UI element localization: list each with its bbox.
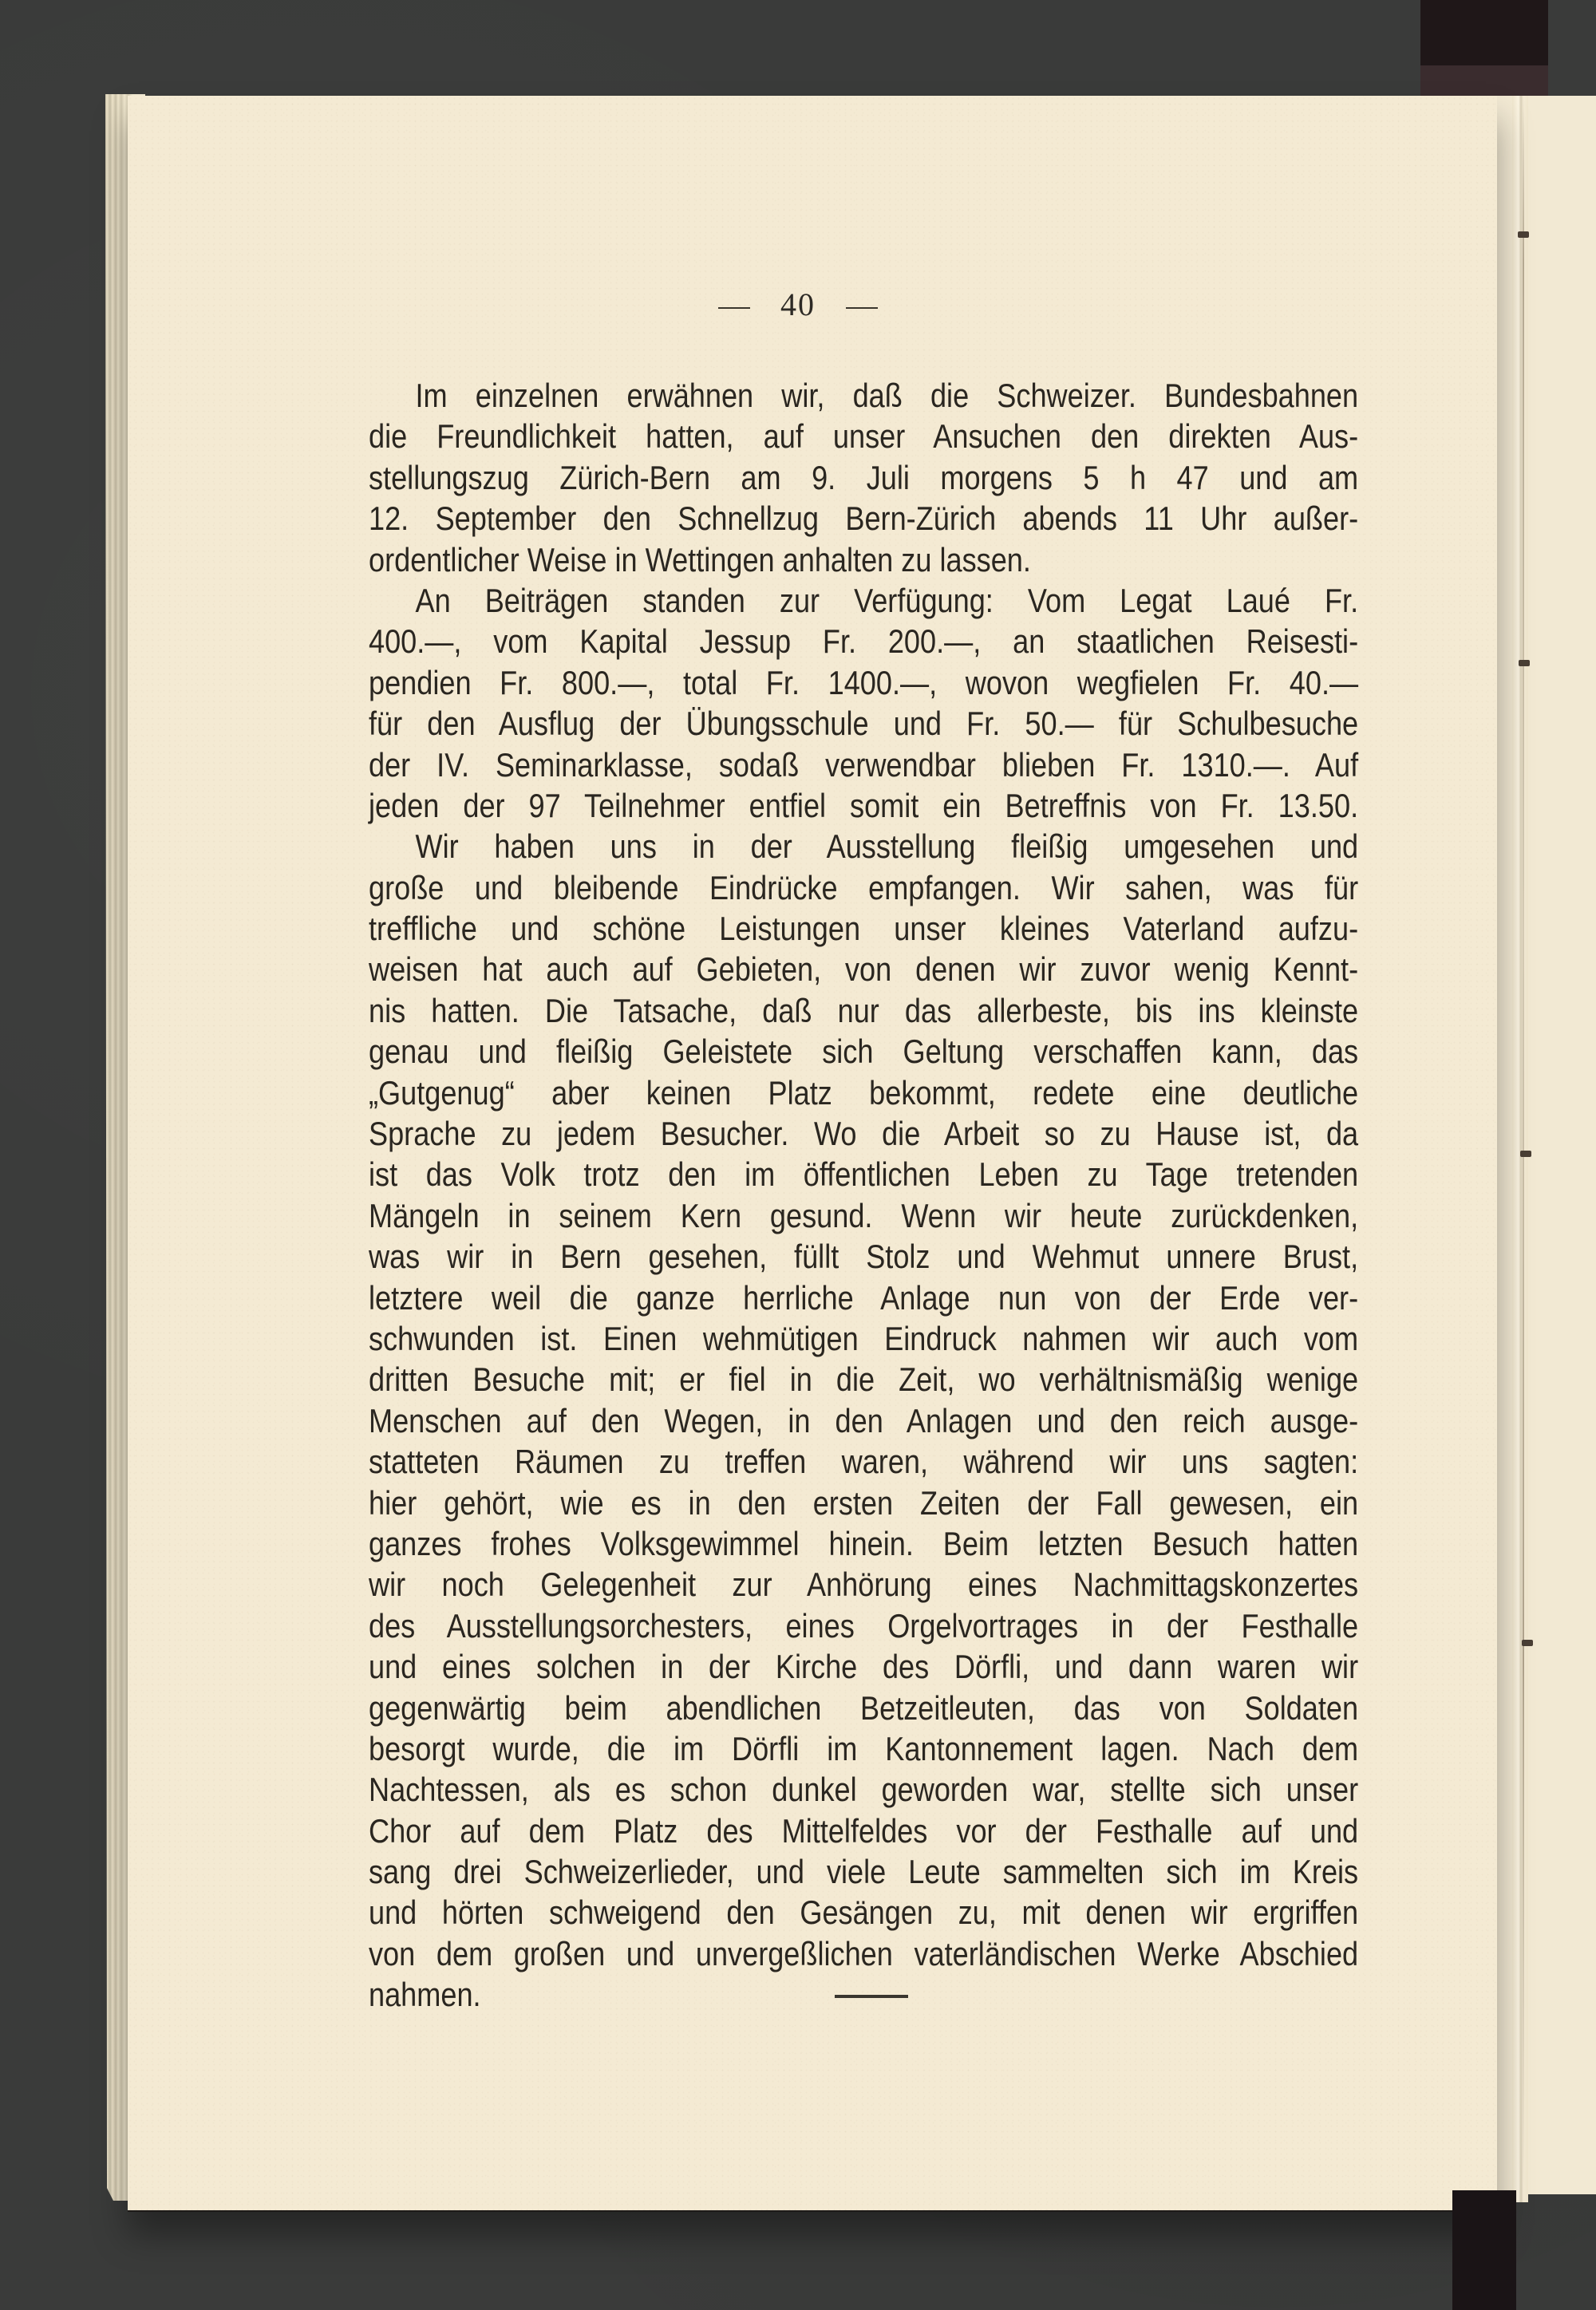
text-line: Chor auf dem Platz des Mittelfeldes vor … [369,1810,1358,1851]
text-line: „Gutgenug“ aber keinen Platz bekommt, re… [369,1072,1358,1113]
text-line: was wir in Bern gesehen, füllt Stolz und… [369,1236,1358,1277]
text-line: wir noch Gelegenheit zur Anhörung eines … [369,1564,1358,1605]
text-line: jeden der 97 Teilnehmer entfiel somit ei… [369,785,1358,826]
text-line: von dem großen und unvergeßlichen vaterl… [369,1933,1358,1974]
text-line: besorgt wurde, die im Dörfli im Kantonne… [369,1728,1358,1769]
text-line: ist das Volk trotz den im öffentlichen L… [369,1154,1358,1194]
binding-stitch [1522,1640,1533,1646]
text-line: nis hatten. Die Tatsache, daß nur das al… [369,990,1358,1031]
text-line: treffliche und schöne Leistungen unser k… [369,908,1358,949]
text-line: stellungszug Zürich-Bern am 9. Juli morg… [369,457,1358,498]
text-line: statteten Räumen zu treffen waren, währe… [369,1441,1358,1482]
text-line: Im einzelnen erwähnen wir, daß die Schwe… [369,375,1358,416]
text-line: die Freundlichkeit hatten, auf unser Ans… [369,416,1358,456]
text-line: weisen hat auch auf Gebieten, von denen … [369,949,1358,989]
text-line: An Beiträgen standen zur Verfügung: Vom … [369,580,1358,621]
text-line: Menschen auf den Wegen, in den Anlagen u… [369,1400,1358,1441]
paragraph: An Beiträgen standen zur Verfügung: Vom … [369,580,1358,826]
text-line: gegenwärtig beim abendlichen Betzeitleut… [369,1688,1358,1728]
page-number-dash-right [846,307,878,309]
end-of-section-rule [835,1995,908,1998]
text-line: für den Ausflug der Übungsschule und Fr.… [369,703,1358,744]
text-line: 400.—, vom Kapital Jessup Fr. 200.—, an … [369,621,1358,661]
page-number-dash-left [718,307,750,309]
text-line: sang drei Schweizerlieder, und viele Leu… [369,1851,1358,1892]
gutter-crease [1523,96,1524,2186]
text-line: des Ausstellungsorchesters, eines Orgelv… [369,1605,1358,1646]
text-line: der IV. Seminarklasse, sodaß verwendbar … [369,744,1358,785]
text-line: ordentlicher Weise in Wettingen anhalten… [369,539,1358,580]
bookmark-ribbon-bottom [1452,2190,1516,2310]
paragraph: Im einzelnen erwähnen wir, daß die Schwe… [369,375,1358,580]
paragraph: Wir haben uns in der Ausstellung fleißig… [369,826,1358,2015]
page-number: 40 [0,286,1596,323]
bookmark-ribbon-top [1420,0,1548,97]
binding-stitch [1519,660,1530,666]
text-line: Sprache zu jedem Besucher. Wo die Arbeit… [369,1113,1358,1154]
binding-stitch [1520,1151,1531,1157]
ribbon-frayed-edge [1420,65,1548,97]
body-text: Im einzelnen erwähnen wir, daß die Schwe… [369,375,1358,2016]
binding-stitch [1518,231,1529,238]
text-line: Mängeln in seinem Kern gesund. Wenn wir … [369,1195,1358,1236]
text-line: dritten Besuche mit; er fiel in die Zeit… [369,1359,1358,1400]
text-line: Wir haben uns in der Ausstellung fleißig… [369,826,1358,867]
text-line: 12. September den Schnellzug Bern-Zürich… [369,498,1358,539]
text-line: und eines solchen in der Kirche des Dörf… [369,1646,1358,1687]
text-line: schwunden ist. Einen wehmütigen Eindruck… [369,1318,1358,1359]
text-line: pendien Fr. 800.—, total Fr. 1400.—, wov… [369,662,1358,703]
text-line: hier gehört, wie es in den ersten Zeiten… [369,1483,1358,1523]
text-line: Nachtessen, als es schon dunkel geworden… [369,1769,1358,1810]
page-number-value: 40 [780,286,816,322]
text-line: ganzes frohes Volksgewimmel hinein. Beim… [369,1523,1358,1564]
text-line: genau und fleißig Geleistete sich Geltun… [369,1031,1358,1072]
text-line: letztere weil die ganze herrliche Anlage… [369,1277,1358,1318]
text-line: große und bleibende Eindrücke empfangen.… [369,867,1358,908]
book-gutter [1512,96,1528,2202]
text-line: und hörten schweigend den Gesängen zu, m… [369,1892,1358,1933]
